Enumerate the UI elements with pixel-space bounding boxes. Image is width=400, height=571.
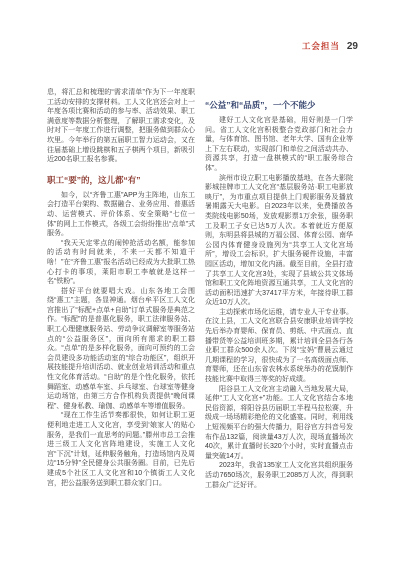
page-header: 工会担当 29	[302, 40, 358, 52]
body-paragraph: 息，将汇总和梳理的“需求清单”作为下一年度职工活动安排的支撑材料。工人文化宫还会…	[47, 88, 195, 165]
right-column: “公益”和“品质”，一个不能少 建好工人文化宫是基础，用好则是一门学问。省工人文…	[205, 88, 353, 541]
body-paragraph: 如今，以“齐鲁工惠”APP为主阵地，山东工会打造平台架构、数据融合、业务应用、普…	[47, 191, 195, 239]
body-paragraph: “现在工作生活节奏都很快，如何让职工更便利地走进工人文化宫，享受到‘娘家人’的贴…	[47, 411, 195, 488]
magazine-page: 工会担当 29 息，将汇总和梳理的“需求清单”作为下一年度职工活动安排的支撑材料…	[0, 0, 400, 571]
section-heading-right: “公益”和“品质”，一个不能少	[205, 100, 353, 111]
body-paragraph: 阳谷县工人文化宫主动融入当地发展大局，延伸“工人文化宫+”功能。工人文化宫结合本…	[205, 385, 353, 462]
body-paragraph: 主动探索市场化运维，请专业人干专业事。在汶上县，工人文化宫联合县安康职业培训学校…	[205, 308, 353, 385]
page-number: 29	[347, 41, 358, 52]
article-columns: 息，将汇总和梳理的“需求清单”作为下一年度职工活动安排的支撑材料。工人文化宫还会…	[47, 88, 353, 541]
body-paragraph: 搭好平台就要唱大戏。山东各地工会围绕“惠工”主题，各显神通。烟台牟平区工人文化宫…	[47, 287, 195, 412]
body-paragraph: 滨州市设立职工电影播放基地，在各大影院影城挂牌市工人文化宫“基层服务站·职工电影…	[205, 174, 353, 308]
column-tag: 工会担当	[302, 40, 340, 52]
left-column: 息，将汇总和梳理的“需求清单”作为下一年度职工活动安排的支撑材料。工人文化宫还会…	[47, 88, 195, 541]
body-paragraph: “我天天定零点的闹钟抢活动名额，能参加的活动有时间就来，不来一天都不知道干啥！”…	[47, 239, 195, 287]
section-heading-left: 职工“要”的，这儿都“有”	[47, 175, 195, 186]
body-paragraph: 2023年，我省135家工人文化宫共组织服务活动7650场次，服务职工2085万…	[205, 461, 353, 490]
body-paragraph: 建好工人文化宫是基础，用好则是一门学问。省工人文化宫积极整合党政部门和社会力量，…	[205, 116, 353, 174]
